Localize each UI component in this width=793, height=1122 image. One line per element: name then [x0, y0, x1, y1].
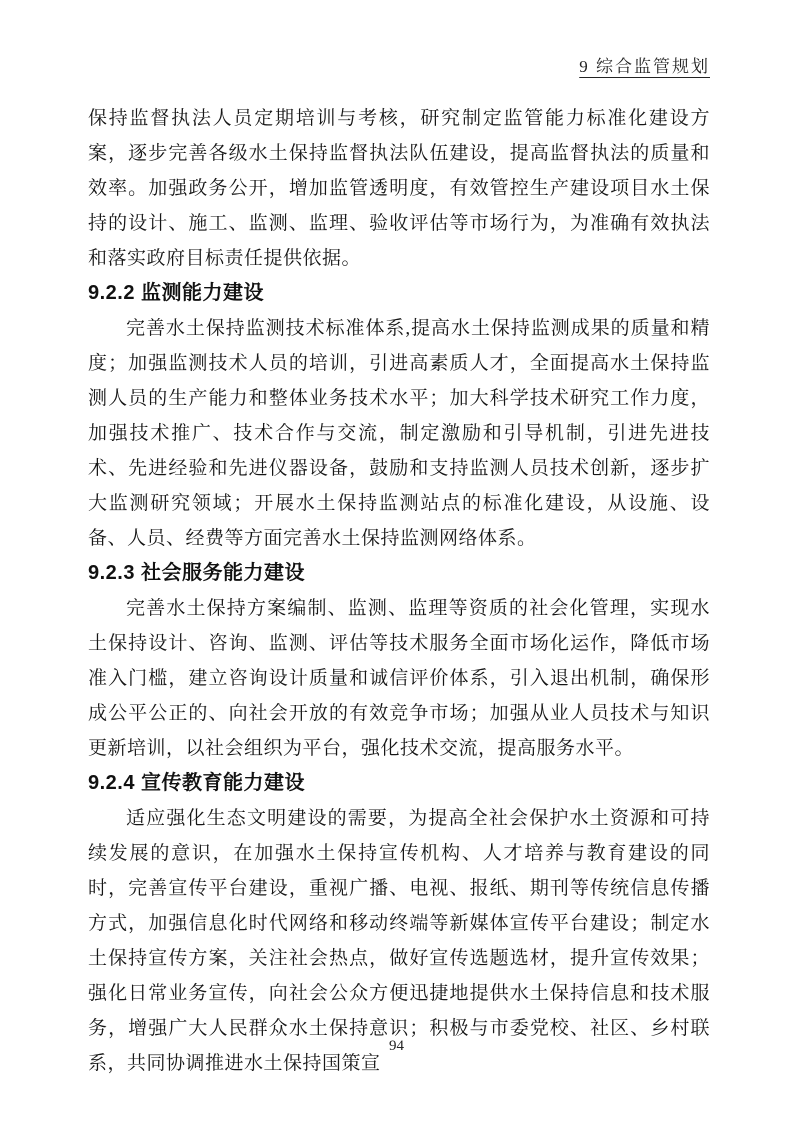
- running-header: 9 综合监管规划: [88, 52, 710, 77]
- document-body: 保持监督执法人员定期培训与考核，研究制定监管能力标准化建设方案，逐步完善各级水土…: [88, 101, 710, 1081]
- section-heading-9-2-3: 9.2.3 社会服务能力建设: [88, 556, 710, 591]
- body-paragraph-continuation: 保持监督执法人员定期培训与考核，研究制定监管能力标准化建设方案，逐步完善各级水土…: [88, 101, 710, 276]
- section-heading-9-2-2: 9.2.2 监测能力建设: [88, 276, 710, 311]
- document-page: 9 综合监管规划 保持监督执法人员定期培训与考核，研究制定监管能力标准化建设方案…: [0, 0, 793, 1122]
- body-paragraph-social-service-capacity: 完善水土保持方案编制、监测、监理等资质的社会化管理，实现水土保持设计、咨询、监测…: [88, 591, 710, 766]
- body-paragraph-monitoring-capacity: 完善水土保持监测技术标准体系,提高水土保持监测成果的质量和精度；加强监测技术人员…: [88, 311, 710, 556]
- page-number: 94: [0, 1038, 793, 1055]
- running-header-text: 9 综合监管规划: [579, 57, 710, 76]
- section-heading-9-2-4: 9.2.4 宣传教育能力建设: [88, 766, 710, 801]
